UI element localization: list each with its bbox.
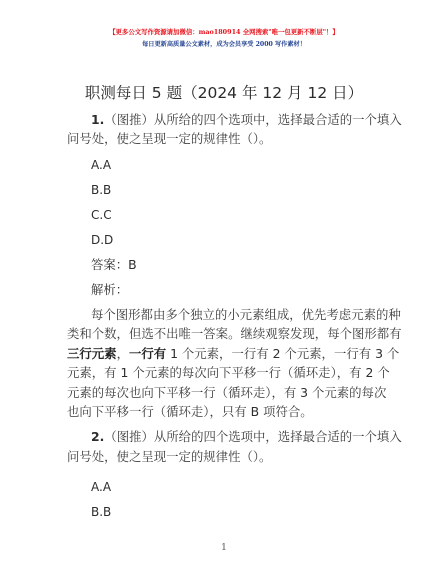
analysis-line-1: 每个图形都由多个独立的小元素组成，优先考虑元素的种	[91, 308, 401, 322]
promo-banner-line2: 每日更新高质量公文素材，成为会员享受 2000 写作素材！	[0, 39, 448, 48]
analysis-line-3: 三行元素，一行有 1 个元素，一行有 2 个元素，一行有 3 个	[67, 347, 399, 361]
question-1-stem-line2: 问号处，使之呈现一定的规律性（）。	[67, 132, 271, 146]
question-2-option-a: A.A	[91, 480, 111, 494]
question-1-option-b: B.B	[91, 183, 111, 197]
question-1-option-d: D.D	[91, 233, 113, 247]
question-number: 2.	[91, 429, 104, 444]
analysis-line-2: 类和个数，但选不出唯一答案。继续观察发现，每个图形都有	[67, 327, 402, 341]
question-1-stem-line1: 1.（图推）从所给的四个选项中，选择最合适的一个填入	[91, 113, 402, 127]
page-number: 1	[0, 543, 448, 553]
question-1-option-a: A.A	[91, 158, 111, 172]
analysis-line-4: 元素，有 1 个元素的每次向下平移一行（循环走），有 2 个	[67, 366, 390, 380]
analysis-line-5: 元素的每次也向下平移一行（循环走），有 3 个元素的每次	[67, 386, 386, 400]
answer-label: 答案：B	[91, 258, 137, 272]
analysis-label: 解析：	[91, 283, 128, 297]
document-title: 职测每日 5 题（2024 年 12 月 12 日）	[0, 81, 448, 103]
promo-banner-line1: 【更多公文写作资源请加微信：mao180914 全网搜索"唯一包更新不断层"！】	[0, 27, 448, 36]
question-2-stem-line2: 问号处，使之呈现一定的规律性（）。	[67, 450, 271, 464]
question-number: 1.	[91, 112, 104, 127]
question-2-stem-line1: 2.（图推）从所给的四个选项中，选择最合适的一个填入	[91, 430, 402, 444]
question-2-option-b: B.B	[91, 505, 111, 519]
question-1-option-c: C.C	[91, 208, 112, 222]
analysis-line-6: 也向下平移一行（循环走），只有 B 项符合。	[67, 405, 313, 419]
